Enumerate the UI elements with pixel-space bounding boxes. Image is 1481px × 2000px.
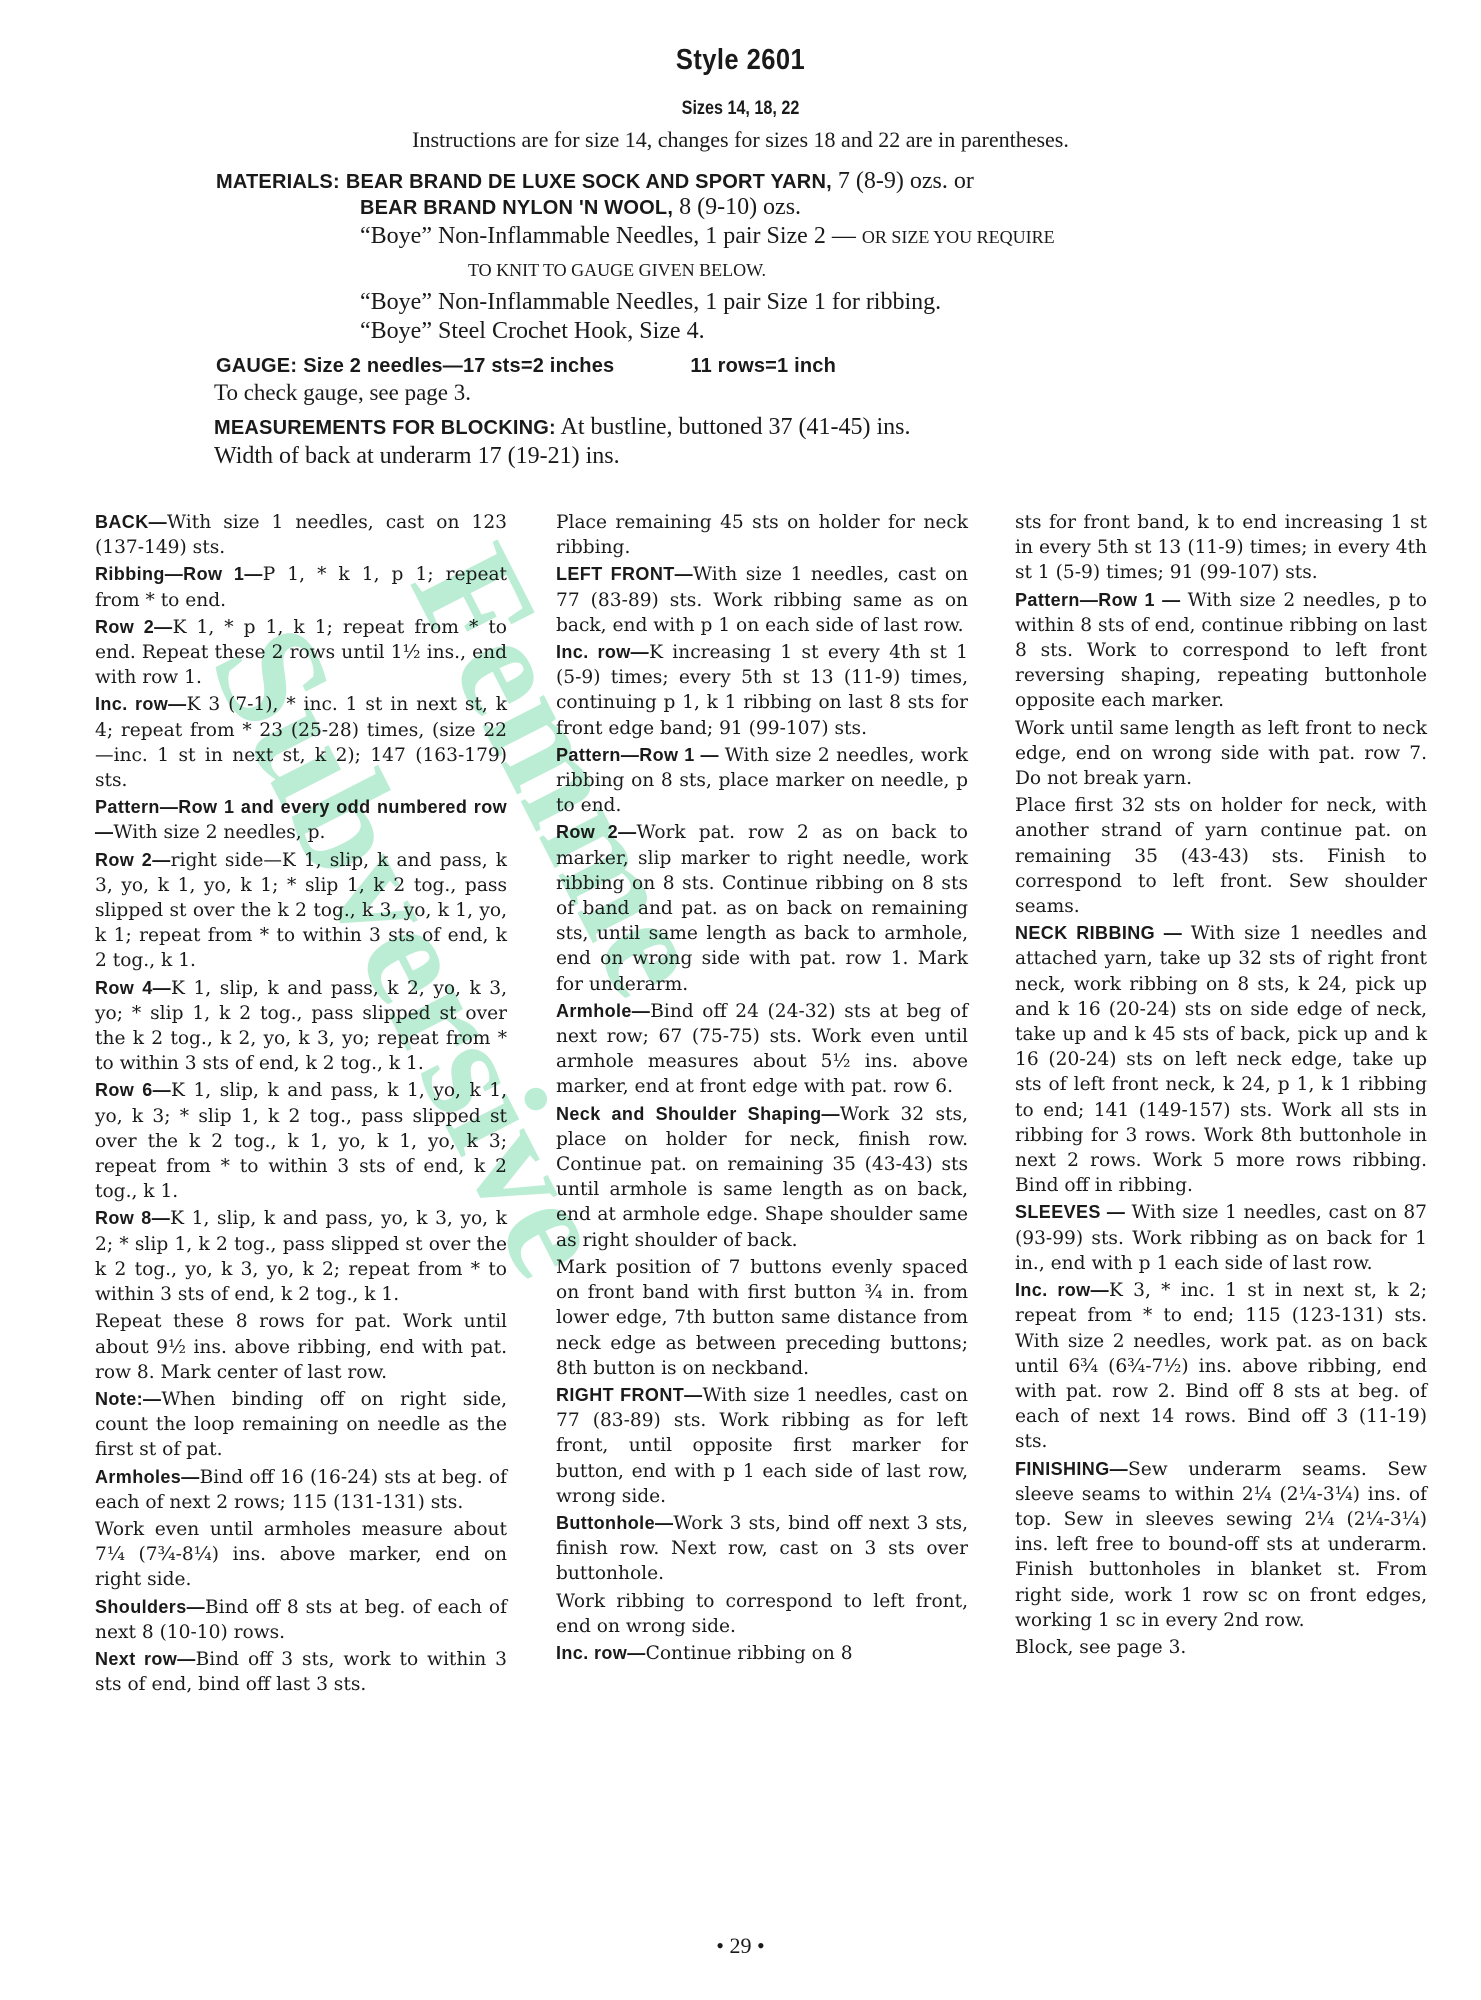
instruction-text: Work 32 sts, place on holder for neck, f… xyxy=(556,1104,968,1251)
instruction-text: sts for front band, k to end increasing … xyxy=(1015,512,1427,583)
instruction-heading: Next row— xyxy=(95,1649,196,1669)
instructions-column-3: sts for front band, k to end increasing … xyxy=(1015,510,1427,1662)
instruction-text: Work even until armholes measure about 7… xyxy=(95,1519,507,1590)
gauge-stitches: Size 2 needles—17 sts=2 inches xyxy=(303,355,614,377)
instructions-column-2: Place remaining 45 sts on holder for nec… xyxy=(556,510,968,1668)
instruction-paragraph: Inc. row—K 3, * inc. 1 st in next st, k … xyxy=(1015,1278,1427,1454)
instruction-paragraph: Pattern—Row 1 — With size 2 needles, wor… xyxy=(556,743,968,819)
instruction-paragraph: Next row—Bind off 3 sts, work to within … xyxy=(95,1647,507,1697)
materials-line-2: BEAR BRAND NYLON 'N WOOL, 8 (9-10) ozs. xyxy=(360,194,801,221)
instruction-paragraph: RIGHT FRONT—With size 1 needles, cast on… xyxy=(556,1383,968,1509)
instruction-paragraph: LEFT FRONT—With size 1 needles, cast on … xyxy=(556,562,968,638)
instruction-text: Mark position of 7 buttons evenly spaced… xyxy=(556,1257,968,1379)
instruction-text: Continue ribbing on 8 xyxy=(646,1643,853,1664)
instruction-heading: Note:— xyxy=(95,1389,161,1409)
instruction-heading: Buttonhole— xyxy=(556,1513,673,1533)
instruction-paragraph: Place remaining 45 sts on holder for nec… xyxy=(556,510,968,560)
instruction-paragraph: Row 2—right side—K 1, slip, k and pass, … xyxy=(95,848,507,974)
gauge-rows: 11 rows=1 inch xyxy=(690,355,836,377)
materials-line-3: “Boye” Non-Inflammable Needles, 1 pair S… xyxy=(360,223,1055,250)
instruction-heading: Row 8— xyxy=(95,1208,170,1228)
instruction-heading: Row 2— xyxy=(556,822,637,842)
instruction-text: Block, see page 3. xyxy=(1015,1637,1186,1658)
instruction-heading: Row 2— xyxy=(95,850,171,870)
instruction-paragraph: Work even until armholes measure about 7… xyxy=(95,1517,507,1593)
instruction-text: Place first 32 sts on holder for neck, w… xyxy=(1015,795,1427,917)
instructions-column-1: BACK—With size 1 needles, cast on 123 (1… xyxy=(95,510,507,1699)
instruction-text: With size 1 needles and attached yarn, t… xyxy=(1015,923,1427,1196)
instruction-paragraph: Ribbing—Row 1—P 1, * k 1, p 1; repeat fr… xyxy=(95,562,507,612)
instruction-heading: RIGHT FRONT— xyxy=(556,1385,703,1405)
yarn-1-quantity: 7 (8-9) ozs. or xyxy=(832,168,974,194)
instruction-text: Repeat these 8 rows for pat. Work until … xyxy=(95,1311,507,1382)
instruction-heading: NECK RIBBING — xyxy=(1015,923,1191,943)
instruction-paragraph: Row 2—Work pat. row 2 as on back to mark… xyxy=(556,820,968,996)
instruction-heading: Inc. row— xyxy=(556,1643,646,1663)
instruction-paragraph: Row 2—K 1, * p 1, k 1; repeat from * to … xyxy=(95,615,507,691)
instruction-heading: Armholes— xyxy=(95,1467,200,1487)
pattern-page: Subversive Femme Style 2601 Sizes 14, 18… xyxy=(0,0,1481,2000)
instruction-paragraph: Buttonhole—Work 3 sts, bind off next 3 s… xyxy=(556,1511,968,1587)
instruction-paragraph: Shoulders—Bind off 8 sts at beg. of each… xyxy=(95,1595,507,1645)
size-instructions: Instructions are for size 14, changes fo… xyxy=(0,127,1481,153)
instruction-heading: SLEEVES — xyxy=(1015,1202,1131,1222)
instruction-text: Sew underarm seams. Sew sleeve seams to … xyxy=(1015,1459,1427,1631)
gauge-label: GAUGE: xyxy=(216,355,297,377)
instruction-paragraph: sts for front band, k to end increasing … xyxy=(1015,510,1427,586)
instruction-paragraph: Repeat these 8 rows for pat. Work until … xyxy=(95,1309,507,1385)
instruction-paragraph: Pattern—Row 1 and every odd numbered row… xyxy=(95,795,507,845)
measurements-label: MEASUREMENTS FOR BLOCKING: xyxy=(214,417,556,439)
instruction-paragraph: Pattern—Row 1 — With size 2 needles, p t… xyxy=(1015,588,1427,714)
instruction-heading: Inc. row— xyxy=(556,642,649,662)
instruction-paragraph: NECK RIBBING — With size 1 needles and a… xyxy=(1015,921,1427,1198)
instruction-paragraph: FINISHING—Sew underarm seams. Sew sleeve… xyxy=(1015,1457,1427,1633)
instruction-paragraph: Armhole—Bind off 24 (24-32) sts at beg o… xyxy=(556,999,968,1100)
measurements-bustline: At bustline, buttoned 37 (41-45) ins. xyxy=(556,414,911,440)
instruction-heading: BACK— xyxy=(95,512,167,532)
instruction-heading: Pattern—Row 1 — xyxy=(1015,590,1188,610)
page-number: • 29 • xyxy=(0,1933,1481,1959)
instruction-heading: Row 4— xyxy=(95,978,171,998)
instruction-paragraph: Row 8—K 1, slip, k and pass, yo, k 3, yo… xyxy=(95,1206,507,1307)
instruction-heading: Neck and Shoulder Shaping— xyxy=(556,1104,840,1124)
gauge-line: GAUGE: Size 2 needles—17 sts=2 inches 11… xyxy=(216,352,836,379)
instruction-paragraph: Inc. row—K increasing 1 st every 4th st … xyxy=(556,640,968,741)
instruction-heading: FINISHING— xyxy=(1015,1459,1128,1479)
instruction-paragraph: Neck and Shoulder Shaping—Work 32 sts, p… xyxy=(556,1102,968,1253)
needles-size-note-2: TO KNIT TO GAUGE GIVEN BELOW. xyxy=(468,260,766,281)
instruction-paragraph: Note:—When binding off on right side, co… xyxy=(95,1387,507,1463)
gauge-check: To check gauge, see page 3. xyxy=(214,380,471,406)
instruction-paragraph: Row 6—K 1, slip, k and pass, k 1, yo, k … xyxy=(95,1078,507,1204)
instruction-heading: Armhole— xyxy=(556,1001,650,1021)
instruction-text: Work until same length as left front to … xyxy=(1015,718,1427,789)
instruction-heading: Ribbing—Row 1— xyxy=(95,564,263,584)
instruction-text: Work ribbing to correspond to left front… xyxy=(556,1591,968,1637)
instruction-paragraph: Inc. row—K 3 (7-1), * inc. 1 st in next … xyxy=(95,692,507,793)
instruction-paragraph: Place first 32 sts on holder for neck, w… xyxy=(1015,793,1427,919)
needles-size-1: “Boye” Non-Inflammable Needles, 1 pair S… xyxy=(360,289,941,316)
needles-size-note: OR SIZE YOU REQUIRE xyxy=(862,227,1055,247)
instruction-paragraph: Work ribbing to correspond to left front… xyxy=(556,1589,968,1639)
instruction-heading: Shoulders— xyxy=(95,1597,205,1617)
materials-label: MATERIALS: xyxy=(216,171,340,193)
yarn-2-name: BEAR BRAND NYLON 'N WOOL, xyxy=(360,197,673,219)
instruction-paragraph: Work until same length as left front to … xyxy=(1015,716,1427,792)
instruction-heading: Inc. row— xyxy=(95,694,187,714)
instruction-heading: Row 6— xyxy=(95,1080,171,1100)
instruction-paragraph: Inc. row—Continue ribbing on 8 xyxy=(556,1641,968,1666)
instruction-paragraph: Block, see page 3. xyxy=(1015,1635,1427,1660)
pattern-sizes: Sizes 14, 18, 22 xyxy=(111,98,1370,120)
measurements-line: MEASUREMENTS FOR BLOCKING: At bustline, … xyxy=(214,414,911,441)
materials-line-1: MATERIALS: BEAR BRAND DE LUXE SOCK AND S… xyxy=(216,168,974,195)
instruction-text: Place remaining 45 sts on holder for nec… xyxy=(556,512,968,558)
instruction-paragraph: Armholes—Bind off 16 (16-24) sts at beg.… xyxy=(95,1465,507,1515)
instruction-heading: LEFT FRONT— xyxy=(556,564,693,584)
instruction-heading: Pattern—Row 1 — xyxy=(556,745,725,765)
instruction-paragraph: BACK—With size 1 needles, cast on 123 (1… xyxy=(95,510,507,560)
instruction-text: K 3, * inc. 1 st in next st, k 2; repeat… xyxy=(1015,1280,1427,1452)
instruction-paragraph: Mark position of 7 buttons evenly spaced… xyxy=(556,1255,968,1381)
instruction-paragraph: SLEEVES — With size 1 needles, cast on 8… xyxy=(1015,1200,1427,1276)
instruction-text: Work pat. row 2 as on back to marker, sl… xyxy=(556,822,968,994)
instruction-paragraph: Row 4—K 1, slip, k and pass, k 2, yo, k … xyxy=(95,976,507,1077)
yarn-2-quantity: 8 (9-10) ozs. xyxy=(673,194,801,220)
instruction-text: With size 2 needles, p. xyxy=(113,822,325,843)
instruction-heading: Inc. row— xyxy=(1015,1280,1109,1300)
crochet-hook: “Boye” Steel Crochet Hook, Size 4. xyxy=(360,318,705,345)
yarn-1-name: BEAR BRAND DE LUXE SOCK AND SPORT YARN, xyxy=(346,171,832,193)
needles-size-2: “Boye” Non-Inflammable Needles, 1 pair S… xyxy=(360,223,862,249)
measurements-width: Width of back at underarm 17 (19-21) ins… xyxy=(214,443,620,470)
instruction-heading: Row 2— xyxy=(95,617,173,637)
pattern-title: Style 2601 xyxy=(89,44,1392,77)
